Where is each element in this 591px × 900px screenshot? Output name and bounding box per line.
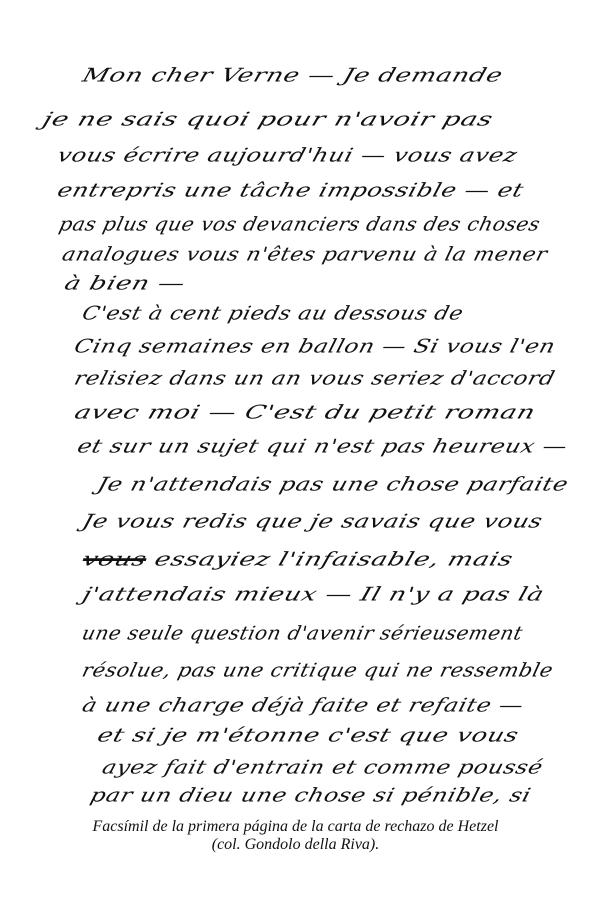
letter-line: je ne sais quoi pour n'avoir pas (40, 108, 496, 130)
facsimile-page: Mon cher Verne — Je demandeje ne sais qu… (0, 0, 591, 900)
letter-line: entrepris une tâche impossible — et (55, 179, 526, 201)
letter-line: Cinq semaines en ballon — Si vous l'en (72, 335, 558, 357)
letter-line: et sur un sujet qui n'est pas heureux — (75, 435, 570, 457)
letter-line: C'est à cent pieds au dessous de (80, 302, 466, 324)
letter-line: j'attendais mieux — Il n'y a pas là (80, 583, 547, 605)
letter-line: et si je m'étonne c'est que vous (95, 724, 521, 746)
letter-line: pas plus que vos devanciers dans des cho… (57, 213, 542, 235)
letter-line: Je vous redis que je savais que vous (80, 510, 545, 532)
letter-line: ayez fait d'entrain et comme poussé (100, 756, 545, 778)
letter-line: vous essayiez l'infaisable, mais (80, 548, 516, 570)
letter-line: résolue, pas une critique qui ne ressemb… (80, 659, 555, 681)
letter-line: une seule question d'avenir sérieusement (80, 622, 525, 644)
letter-line: Mon cher Verne — Je demande (80, 64, 506, 86)
caption-line-1: Facsímil de la primera página de la cart… (0, 818, 591, 836)
letter-line: Je n'attendais pas une chose parfaite (95, 473, 571, 495)
letter-line: relisiez dans un an vous seriez d'accord (72, 367, 557, 389)
caption-line-2: (col. Gondolo della Riva). (0, 836, 591, 854)
struck-word: vous (80, 548, 150, 570)
letter-line: analogues vous n'êtes parvenu à la mener (60, 243, 550, 265)
letter-line: par un dieu une chose si pénible, si (88, 784, 534, 806)
letter-line: à une charge déjà faite et refaite — (80, 694, 526, 716)
letter-line: vous écrire aujourd'hui — vous avez (55, 144, 520, 166)
letter-line: à bien — (62, 272, 188, 294)
letter-line: avec moi — C'est du petit roman (72, 401, 538, 423)
